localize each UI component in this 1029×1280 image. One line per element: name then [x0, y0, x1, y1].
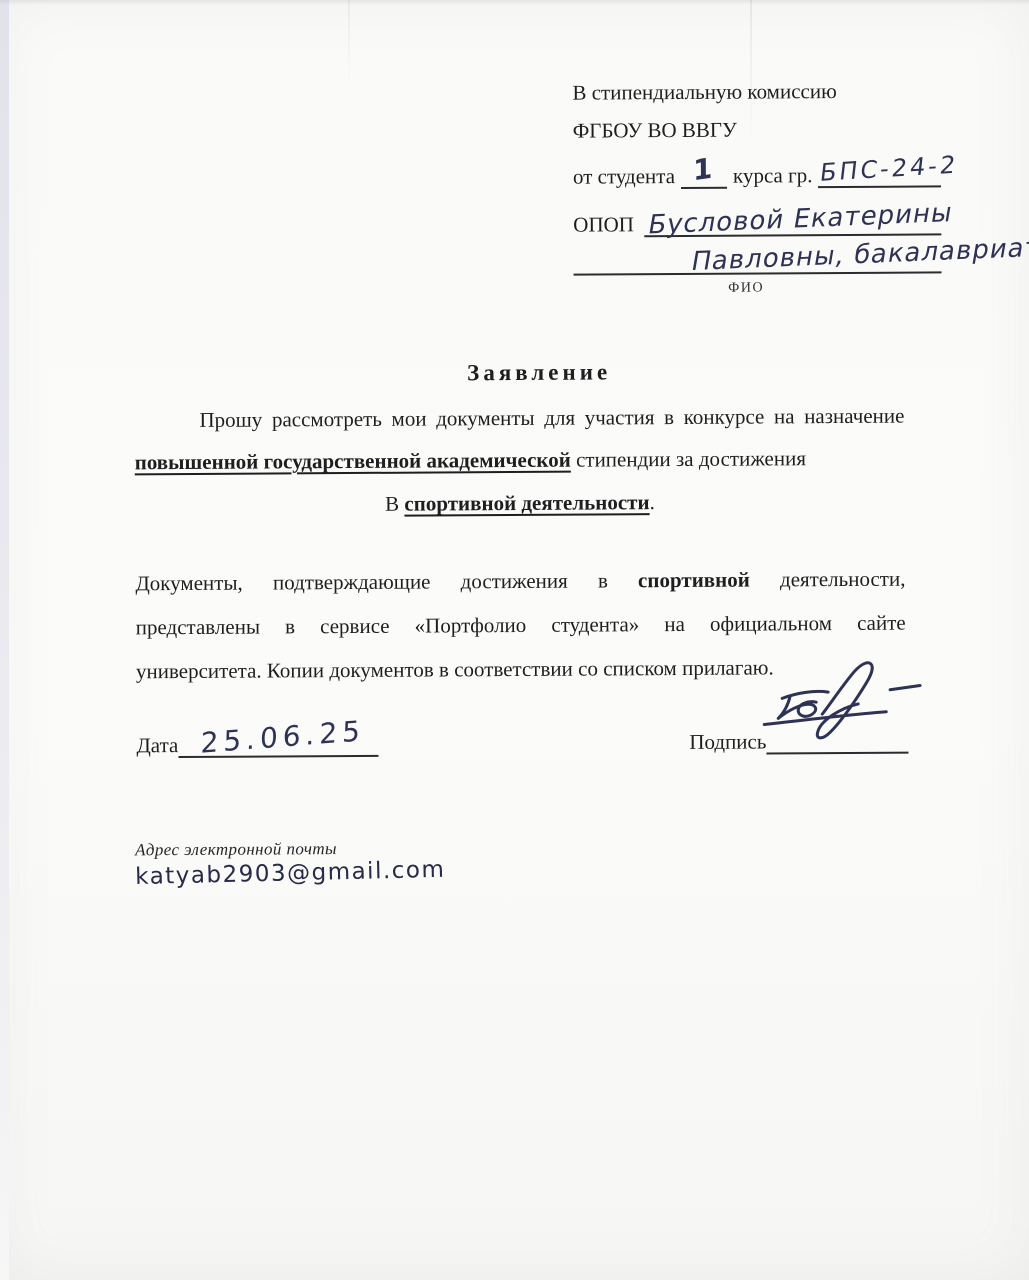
paragraph2-line1-start: Документы, подтверждающие достижения в [135, 568, 608, 595]
program-name-line: ОПОП Бусловой Екатерины [573, 187, 941, 237]
paragraph1-line3: В спортивной деятельности. [135, 485, 905, 522]
paragraph2-line1: Документы, подтверждающие достижения в с… [135, 563, 905, 600]
commission-text: В стипендиальную комиссию [572, 79, 836, 106]
patronymic-line: Павловны, бакалавриат [573, 235, 941, 275]
patronymic-blank-underline: Павловны, бакалавриат [573, 233, 941, 275]
activity-prefix: В [385, 492, 399, 516]
date-label: Дата [136, 733, 178, 758]
document-title: Заявление [134, 358, 904, 389]
paragraph1-line1: Прошу рассмотреть мои документы для учас… [134, 400, 904, 437]
university-text: ФГБОУ ВО ВВГУ [573, 118, 737, 144]
date-blank-underline: 25.06.25 [178, 707, 378, 758]
paragraph2-line1-end: деятельности, [780, 567, 906, 592]
name-blank-underline: Бусловой Екатерины [644, 185, 942, 237]
student-course-group-line: от студента 1 курса гр. БПС-24-2 [573, 141, 941, 189]
addressee-line-university: ФГБОУ ВО ВВГУ [573, 103, 941, 143]
document-content: В стипендиальную комиссию ФГБОУ ВО ВВГУ … [0, 0, 1029, 1280]
handwritten-group-code: БПС-24-2 [819, 153, 960, 185]
handwritten-date: 25.06.25 [200, 717, 365, 758]
stipend-type-emphasis: повышенной государственной академической [135, 448, 571, 475]
paragraph1-line2-rest: стипендии за достижения [576, 446, 806, 471]
paragraph1-line2: повышенной государственной академической… [135, 442, 905, 479]
email-address-text: katyab2903@gmail.com [135, 859, 446, 889]
activity-period: . [649, 490, 654, 514]
scanned-page: В стипендиальную комиссию ФГБОУ ВО ВВГУ … [0, 0, 1029, 1280]
addressee-block: В стипендиальную комиссию ФГБОУ ВО ВВГУ … [572, 69, 941, 297]
date-field: Дата 25.06.25 [136, 709, 378, 758]
handwritten-course-number: 1 [693, 154, 712, 185]
handwritten-signature [754, 651, 945, 752]
sport-bold: спортивной [638, 568, 750, 593]
email-block: Адрес электронной почты katyab2903@gmail… [135, 838, 445, 887]
paragraph2-line2: представлены в сервисе «Портфолио студен… [136, 607, 906, 644]
fio-caption: ФИО [574, 280, 919, 298]
handwritten-patronymic-degree: Павловны, бакалавриат [689, 235, 1029, 276]
course-blank-underline: 1 [681, 141, 727, 189]
from-student-label: от студента [573, 164, 675, 190]
signature-blank-underline [766, 704, 908, 755]
course-group-label: курса гр. [733, 163, 813, 188]
activity-emphasis: спортивной деятельности [404, 490, 649, 515]
signature-field: Подпись [689, 706, 908, 755]
handwritten-email: katyab2903@gmail.com [135, 860, 445, 887]
date-signature-row: Дата 25.06.25 Подпись [136, 706, 908, 759]
program-label: ОПОП [573, 212, 634, 237]
group-blank-underline: БПС-24-2 [818, 139, 941, 188]
addressee-line-commission: В стипендиальную комиссию [572, 69, 940, 105]
